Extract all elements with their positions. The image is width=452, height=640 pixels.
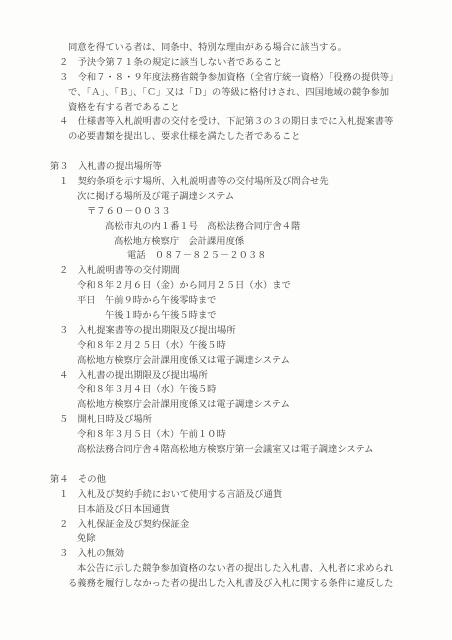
text-line: 午後１時から午後５時まで — [105, 309, 452, 324]
text-line: 日本語及び日本国通貨 — [77, 503, 452, 518]
item-text: 入札提案書等の提出期限及び提出場所 — [78, 325, 236, 336]
list-item: ３入札提案書等の提出期限及び提出場所 — [59, 324, 452, 339]
text-line: 高松市丸の内１番１号 高松法務合同庁舎４階 — [105, 220, 452, 235]
list-item: ３入札の無効 — [59, 547, 452, 562]
item-number: ４ — [59, 115, 78, 130]
item-text: 契約条項を示す場所、入札説明書等の交付場所及び問合せ先 — [78, 176, 329, 187]
text-line: 令和８年２月６日（金）から同月２５日（水）まで — [77, 279, 452, 294]
text-line: 本公告に示した競争参加資格のない者の提出した入札書、入札者に求められ — [77, 562, 452, 577]
list-item: ２入札保証金及び契約保証金 — [59, 518, 452, 533]
item-text: 令和７・８・９年度法務省競争参加資格（全省庁統一資格）「役務の提供等」 — [78, 72, 399, 83]
item-number: ２ — [59, 518, 78, 533]
text-line: 平日 午前９時から午後零時まで — [77, 294, 452, 309]
item-number: ２ — [59, 264, 78, 279]
text-line: 次に掲げる場所及び電子調達システム — [77, 190, 452, 205]
text-line: 令和８年２月２５日（水）午後５時 — [77, 339, 452, 354]
text-line: 高松地方検察庁 会計課用度係 — [114, 235, 452, 250]
item-number: ３ — [59, 547, 78, 562]
list-item: ４仕様書等入札説明書の交付を受け、下記第３の３の期日までに入札提案書等 — [59, 115, 452, 130]
item-text: 入札書の提出期限及び提出場所 — [78, 370, 208, 381]
section-title: その他 — [78, 474, 106, 485]
item-text: 入札及び契約手続において使用する言語及び通貨 — [78, 489, 283, 500]
text-line: 〒７６０－００３３ — [87, 205, 452, 220]
item-text: 開札日時及び場所 — [78, 414, 152, 425]
text-line: 令和８年３月４日（水）午後５時 — [77, 383, 452, 398]
section-title: 入札書の提出場所等 — [78, 161, 162, 172]
blank-line — [0, 458, 452, 473]
text-line: で、「Ａ」、「Ｂ」、「Ｃ」又は「Ｄ」の等級に格付けされ、四国地域の競争参加 — [68, 86, 452, 101]
item-number: ３ — [59, 324, 78, 339]
text-line: 免除 — [77, 532, 452, 547]
item-number: ２ — [59, 56, 78, 71]
text-line: 資格を有する者であること — [68, 101, 452, 116]
text-line: の必要書類を提出し、要求仕様を満たした者であること — [68, 130, 452, 145]
list-item: ２予決令第７１条の規定に該当しない者であること — [59, 56, 452, 71]
item-text: 入札の無効 — [78, 548, 125, 559]
list-item: １契約条項を示す場所、入札説明書等の交付場所及び問合せ先 — [59, 175, 452, 190]
item-number: ４ — [59, 369, 78, 384]
list-item: ２入札説明書等の交付期間 — [59, 264, 452, 279]
list-item: ４入札書の提出期限及び提出場所 — [59, 369, 452, 384]
list-item: ３令和７・８・９年度法務省競争参加資格（全省庁統一資格）「役務の提供等」 — [59, 71, 452, 86]
blank-line — [0, 145, 452, 160]
list-item: ５開札日時及び場所 — [59, 413, 452, 428]
section-number: 第３ — [50, 160, 78, 175]
text-line: 高松法務合同庁舎４階高松地方検察庁第一会議室又は電子調達システム — [77, 443, 452, 458]
item-number: １ — [59, 488, 78, 503]
item-text: 仕様書等入札説明書の交付を受け、下記第３の３の期日までに入札提案書等 — [78, 116, 394, 127]
section-heading: 第４その他 — [50, 473, 452, 488]
document-page: 同意を得ている者は、同条中、特別な理由がある場合に該当する。２予決令第７１条の規… — [0, 0, 452, 640]
item-number: ５ — [59, 413, 78, 428]
item-text: 入札説明書等の交付期間 — [78, 265, 180, 276]
item-text: 入札保証金及び契約保証金 — [78, 519, 190, 530]
item-number: １ — [59, 175, 78, 190]
section-number: 第４ — [50, 473, 78, 488]
text-line: 電話 ０８７－８２５－２０３８ — [127, 249, 452, 264]
text-line: 高松地方検察庁会計課用度係又は電子調達システム — [77, 354, 452, 369]
item-number: ３ — [59, 71, 78, 86]
item-text: 予決令第７１条の規定に該当しない者であること — [78, 57, 283, 68]
text-line: 同意を得ている者は、同条中、特別な理由がある場合に該当する。 — [68, 41, 452, 56]
text-line: 令和８年３月５日（木）午前１０時 — [77, 428, 452, 443]
section-heading: 第３入札書の提出場所等 — [50, 160, 452, 175]
text-line: 高松地方検察庁会計課用度係又は電子調達システム — [77, 398, 452, 413]
text-line: る義務を履行しなかった者の提出した入札書及び入札に関する条件に違反した — [68, 577, 452, 592]
list-item: １入札及び契約手続において使用する言語及び通貨 — [59, 488, 452, 503]
